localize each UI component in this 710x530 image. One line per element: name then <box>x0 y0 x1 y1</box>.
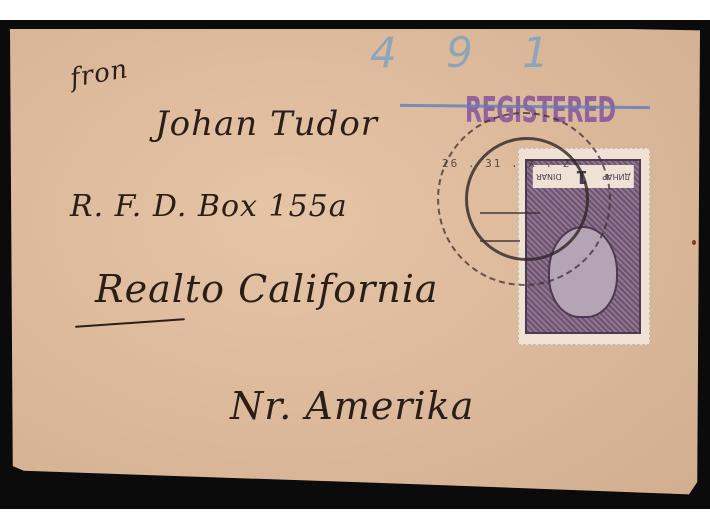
destination-country: Nr. Amerika <box>230 384 474 428</box>
postmark-bar <box>480 240 520 242</box>
from-label: fron <box>68 54 131 94</box>
postmark-bar <box>480 212 540 214</box>
sender-address: R. F. D. Box 155a <box>70 189 348 224</box>
paper-stain <box>692 240 696 245</box>
destination-city: Realto California <box>95 267 439 311</box>
postmark-inner-ring <box>465 137 589 261</box>
sender-name: Johan Tudor <box>155 104 378 144</box>
blue-pencil-number: 4 9 1 <box>370 28 567 77</box>
city-underline <box>75 318 185 328</box>
postmark-date: 26 . 31 . X . 2 <box>442 157 571 170</box>
